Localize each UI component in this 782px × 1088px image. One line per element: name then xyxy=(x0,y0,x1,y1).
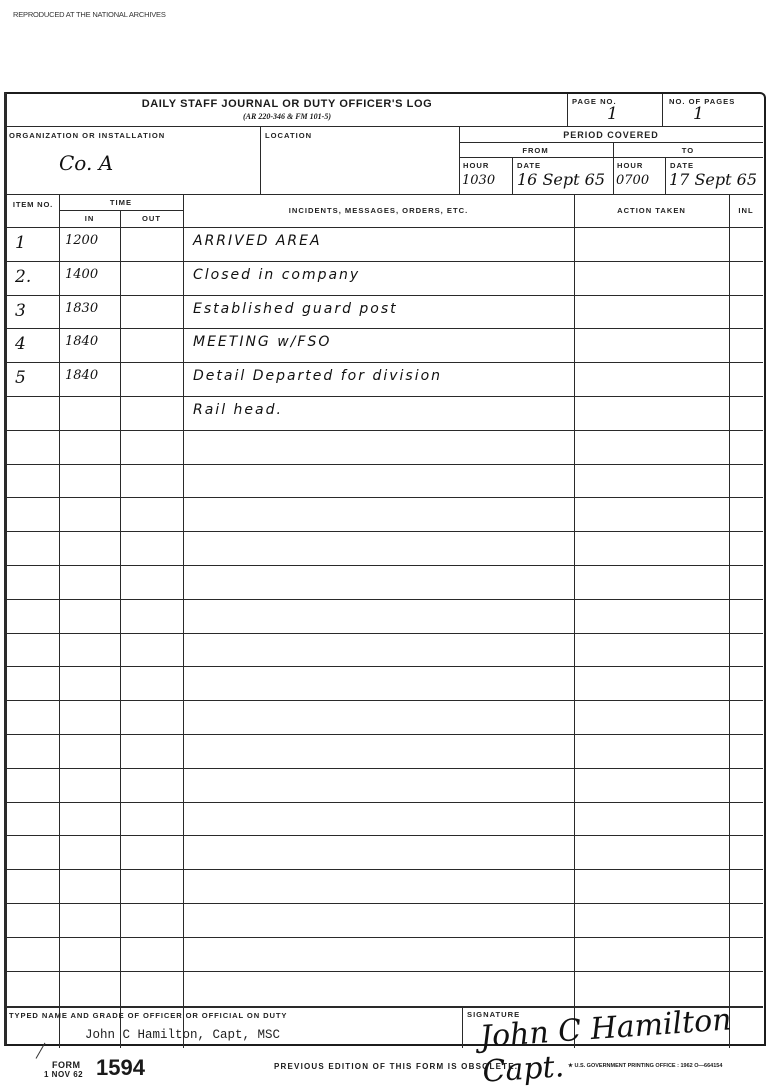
table-row xyxy=(7,666,763,700)
item-no-cell[interactable] xyxy=(15,740,55,764)
action-taken-cell[interactable] xyxy=(579,402,727,426)
time-out-cell[interactable] xyxy=(125,943,181,967)
time-out-cell[interactable] xyxy=(125,605,181,629)
initials-cell[interactable] xyxy=(733,267,761,291)
initials-cell[interactable] xyxy=(733,402,761,426)
time-out-cell[interactable] xyxy=(125,875,181,899)
initials-cell[interactable] xyxy=(733,706,761,730)
initials-cell[interactable] xyxy=(733,977,761,1001)
incident-cell[interactable] xyxy=(193,639,571,663)
action-taken-cell[interactable] xyxy=(579,470,727,494)
time-out-cell[interactable] xyxy=(125,402,181,426)
table-row xyxy=(7,599,763,633)
row-divider xyxy=(7,700,763,701)
incident-cell[interactable]: ARRIVED AREA xyxy=(193,233,571,257)
row-divider xyxy=(7,802,763,803)
initials-cell[interactable] xyxy=(733,808,761,832)
archive-stamp: REPRODUCED AT THE NATIONAL ARCHIVES xyxy=(13,10,166,19)
time-in-cell[interactable] xyxy=(65,909,119,933)
action-taken-header: ACTION TAKEN xyxy=(574,206,729,215)
time-in-cell[interactable] xyxy=(65,672,119,696)
incident-cell[interactable] xyxy=(193,740,571,764)
table-row xyxy=(7,734,763,768)
to-hour-label: HOUR xyxy=(617,161,643,170)
time-in-cell[interactable] xyxy=(65,841,119,865)
time-in-cell[interactable] xyxy=(65,537,119,561)
table-row xyxy=(7,430,763,464)
duty-officer-log-form: DAILY STAFF JOURNAL OR DUTY OFFICER'S LO… xyxy=(4,92,766,1046)
incident-cell[interactable] xyxy=(193,470,571,494)
organization-value[interactable]: Co. A xyxy=(59,151,113,175)
table-row xyxy=(7,633,763,667)
row-divider xyxy=(7,261,763,262)
action-taken-cell[interactable] xyxy=(579,740,727,764)
typed-name-label: TYPED NAME AND GRADE OF OFFICER OR OFFIC… xyxy=(9,1011,287,1020)
from-date-value[interactable]: 16 Sept 65 xyxy=(517,170,605,189)
incidents-header: INCIDENTS, MESSAGES, ORDERS, ETC. xyxy=(183,206,574,215)
row-divider xyxy=(7,971,763,972)
action-taken-cell[interactable] xyxy=(579,334,727,358)
action-taken-cell[interactable] xyxy=(579,503,727,527)
incident-cell[interactable] xyxy=(193,943,571,967)
initials-cell[interactable] xyxy=(733,470,761,494)
item-no-header: ITEM NO. xyxy=(7,200,59,210)
form-title: DAILY STAFF JOURNAL OR DUTY OFFICER'S LO… xyxy=(7,98,567,110)
item-no-cell[interactable] xyxy=(15,909,55,933)
table-row xyxy=(7,971,763,1005)
action-taken-cell[interactable] xyxy=(579,875,727,899)
incident-cell[interactable]: Established guard post xyxy=(193,301,571,325)
from-date-label: DATE xyxy=(517,161,541,170)
time-in-cell[interactable] xyxy=(65,571,119,595)
item-no-cell[interactable] xyxy=(15,808,55,832)
time-out-cell[interactable] xyxy=(125,436,181,460)
to-date-label: DATE xyxy=(670,161,694,170)
to-label: TO xyxy=(613,146,763,155)
time-in-cell[interactable]: 1830 xyxy=(65,301,119,325)
action-taken-cell[interactable] xyxy=(579,706,727,730)
period-covered-label: PERIOD COVERED xyxy=(459,130,763,140)
incident-cell[interactable] xyxy=(193,672,571,696)
incident-cell[interactable]: MEETING w/FSO xyxy=(193,334,571,358)
action-taken-cell[interactable] xyxy=(579,368,727,392)
action-taken-cell[interactable] xyxy=(579,436,727,460)
time-in-cell[interactable] xyxy=(65,639,119,663)
initials-cell[interactable] xyxy=(733,334,761,358)
action-taken-cell[interactable] xyxy=(579,672,727,696)
row-divider xyxy=(7,497,763,498)
table-row xyxy=(7,565,763,599)
time-out-cell[interactable] xyxy=(125,368,181,392)
action-taken-cell[interactable] xyxy=(579,808,727,832)
incident-cell[interactable] xyxy=(193,841,571,865)
row-divider xyxy=(7,835,763,836)
item-no-cell[interactable]: 2. xyxy=(15,267,55,291)
row-divider xyxy=(7,362,763,363)
row-divider xyxy=(7,565,763,566)
initials-cell[interactable] xyxy=(733,436,761,460)
form-word: FORM xyxy=(52,1060,81,1070)
time-out-cell[interactable] xyxy=(125,334,181,358)
row-divider xyxy=(7,464,763,465)
time-in-cell[interactable] xyxy=(65,605,119,629)
from-label: FROM xyxy=(459,146,612,155)
time-in-cell[interactable]: 1840 xyxy=(65,334,119,358)
signature[interactable]: John C Hamilton Capt. xyxy=(479,1000,766,1088)
table-row xyxy=(7,835,763,869)
item-no-cell[interactable]: 1 xyxy=(15,233,55,257)
incident-cell[interactable] xyxy=(193,436,571,460)
item-no-cell[interactable] xyxy=(15,571,55,595)
action-taken-cell[interactable] xyxy=(579,977,727,1001)
form-regulation: (AR 220-346 & FM 101-5) xyxy=(7,112,567,121)
row-divider xyxy=(7,734,763,735)
page-no-value[interactable]: 1 xyxy=(607,104,618,124)
initials-cell[interactable] xyxy=(733,909,761,933)
table-row xyxy=(7,869,763,903)
initials-cell[interactable] xyxy=(733,605,761,629)
row-divider xyxy=(7,869,763,870)
initials-cell[interactable] xyxy=(733,875,761,899)
time-out-cell[interactable] xyxy=(125,774,181,798)
table-row xyxy=(7,497,763,531)
time-in-cell[interactable] xyxy=(65,808,119,832)
table-row: 31830Established guard post xyxy=(7,295,763,329)
incident-cell[interactable] xyxy=(193,537,571,561)
initials-cell[interactable] xyxy=(733,537,761,561)
to-date-value[interactable]: 17 Sept 65 xyxy=(669,170,757,189)
item-no-cell[interactable] xyxy=(15,774,55,798)
form-date: 1 NOV 62 xyxy=(44,1070,83,1079)
table-row: 2.1400Closed in company xyxy=(7,261,763,295)
initials-cell[interactable] xyxy=(733,672,761,696)
item-no-cell[interactable] xyxy=(15,841,55,865)
item-no-cell[interactable] xyxy=(15,943,55,967)
time-out-header: OUT xyxy=(120,214,183,223)
time-in-cell[interactable] xyxy=(65,503,119,527)
incident-cell[interactable] xyxy=(193,605,571,629)
table-row xyxy=(7,768,763,802)
table-row xyxy=(7,802,763,836)
action-taken-cell[interactable] xyxy=(579,909,727,933)
from-hour-value[interactable]: 1030 xyxy=(462,173,495,188)
incident-cell[interactable] xyxy=(193,774,571,798)
form-number: 1594 xyxy=(96,1055,145,1081)
location-label: LOCATION xyxy=(265,131,312,140)
time-out-cell[interactable] xyxy=(125,672,181,696)
row-divider xyxy=(7,396,763,397)
time-in-cell[interactable] xyxy=(65,436,119,460)
incident-cell[interactable] xyxy=(193,977,571,1001)
table-row: 51840Detail Departed for division xyxy=(7,362,763,396)
action-taken-cell[interactable] xyxy=(579,774,727,798)
row-divider xyxy=(7,328,763,329)
time-out-cell[interactable] xyxy=(125,267,181,291)
time-out-cell[interactable] xyxy=(125,503,181,527)
action-taken-cell[interactable] xyxy=(579,605,727,629)
time-header: TIME xyxy=(59,198,183,207)
initials-cell[interactable] xyxy=(733,571,761,595)
item-no-cell[interactable] xyxy=(15,605,55,629)
item-no-cell[interactable] xyxy=(15,875,55,899)
row-divider xyxy=(7,666,763,667)
item-no-cell[interactable] xyxy=(15,503,55,527)
initials-cell[interactable] xyxy=(733,943,761,967)
time-out-cell[interactable] xyxy=(125,977,181,1001)
action-taken-cell[interactable] xyxy=(579,639,727,663)
item-no-cell[interactable]: 5 xyxy=(15,368,55,392)
row-divider xyxy=(7,903,763,904)
row-divider xyxy=(7,531,763,532)
to-hour-value[interactable]: 0700 xyxy=(616,173,649,188)
item-no-cell[interactable] xyxy=(15,537,55,561)
time-out-cell[interactable] xyxy=(125,233,181,257)
item-no-cell[interactable] xyxy=(15,639,55,663)
time-in-cell[interactable] xyxy=(65,774,119,798)
time-out-cell[interactable] xyxy=(125,301,181,325)
item-no-cell[interactable]: 3 xyxy=(15,301,55,325)
action-taken-cell[interactable] xyxy=(579,841,727,865)
time-in-cell[interactable] xyxy=(65,470,119,494)
no-of-pages-value[interactable]: 1 xyxy=(693,104,704,124)
time-out-cell[interactable] xyxy=(125,909,181,933)
time-out-cell[interactable] xyxy=(125,808,181,832)
table-row: 11200ARRIVED AREA xyxy=(7,227,763,261)
item-no-cell[interactable] xyxy=(15,706,55,730)
incident-cell[interactable]: Closed in company xyxy=(193,267,571,291)
time-in-cell[interactable] xyxy=(65,402,119,426)
row-divider xyxy=(7,430,763,431)
incident-cell[interactable]: Detail Departed for division xyxy=(193,368,571,392)
table-row xyxy=(7,700,763,734)
initials-header: INL xyxy=(729,206,763,215)
time-out-cell[interactable] xyxy=(125,639,181,663)
printing-office: ★ U.S. GOVERNMENT PRINTING OFFICE : 1962… xyxy=(568,1063,722,1069)
row-divider xyxy=(7,295,763,296)
time-out-cell[interactable] xyxy=(125,841,181,865)
incident-cell[interactable] xyxy=(193,909,571,933)
item-no-cell[interactable] xyxy=(15,402,55,426)
time-in-cell[interactable]: 1200 xyxy=(65,233,119,257)
initials-cell[interactable] xyxy=(733,368,761,392)
time-in-cell[interactable] xyxy=(65,943,119,967)
item-no-cell[interactable] xyxy=(15,672,55,696)
incident-cell[interactable]: Rail head. xyxy=(193,402,571,426)
action-taken-cell[interactable] xyxy=(579,537,727,561)
item-no-cell[interactable] xyxy=(15,977,55,1001)
action-taken-cell[interactable] xyxy=(579,267,727,291)
row-divider xyxy=(7,768,763,769)
time-out-cell[interactable] xyxy=(125,537,181,561)
initials-cell[interactable] xyxy=(733,233,761,257)
time-out-cell[interactable] xyxy=(125,571,181,595)
time-out-cell[interactable] xyxy=(125,706,181,730)
row-divider xyxy=(7,937,763,938)
initials-cell[interactable] xyxy=(733,503,761,527)
time-in-cell[interactable] xyxy=(65,740,119,764)
table-row xyxy=(7,937,763,971)
table-row: Rail head. xyxy=(7,396,763,430)
initials-cell[interactable] xyxy=(733,740,761,764)
initials-cell[interactable] xyxy=(733,301,761,325)
action-taken-cell[interactable] xyxy=(579,571,727,595)
time-in-cell[interactable] xyxy=(65,875,119,899)
organization-label: ORGANIZATION OR INSTALLATION xyxy=(9,131,165,140)
from-hour-label: HOUR xyxy=(463,161,489,170)
row-divider xyxy=(7,633,763,634)
item-no-cell[interactable] xyxy=(15,470,55,494)
time-in-cell[interactable]: 1400 xyxy=(65,267,119,291)
location-field[interactable] xyxy=(265,144,455,190)
incident-cell[interactable] xyxy=(193,503,571,527)
incident-cell[interactable] xyxy=(193,808,571,832)
incident-cell[interactable] xyxy=(193,875,571,899)
time-in-cell[interactable] xyxy=(65,706,119,730)
initials-cell[interactable] xyxy=(733,774,761,798)
table-row: 41840MEETING w/FSO xyxy=(7,328,763,362)
initials-cell[interactable] xyxy=(733,639,761,663)
table-row xyxy=(7,464,763,498)
item-no-cell[interactable] xyxy=(15,436,55,460)
item-no-cell[interactable]: 4 xyxy=(15,334,55,358)
table-row xyxy=(7,903,763,937)
time-in-header: IN xyxy=(59,214,120,223)
time-out-cell[interactable] xyxy=(125,740,181,764)
time-in-cell[interactable]: 1840 xyxy=(65,368,119,392)
typed-name-value[interactable]: John C Hamilton, Capt, MSC xyxy=(85,1028,280,1042)
incident-cell[interactable] xyxy=(193,706,571,730)
time-in-cell[interactable] xyxy=(65,977,119,1001)
table-row xyxy=(7,531,763,565)
incident-cell[interactable] xyxy=(193,571,571,595)
obsolete-notice: PREVIOUS EDITION OF THIS FORM IS OBSOLET… xyxy=(274,1062,518,1071)
row-divider xyxy=(7,599,763,600)
action-taken-cell[interactable] xyxy=(579,301,727,325)
time-out-cell[interactable] xyxy=(125,470,181,494)
action-taken-cell[interactable] xyxy=(579,233,727,257)
initials-cell[interactable] xyxy=(733,841,761,865)
row-divider xyxy=(7,227,763,228)
action-taken-cell[interactable] xyxy=(579,943,727,967)
